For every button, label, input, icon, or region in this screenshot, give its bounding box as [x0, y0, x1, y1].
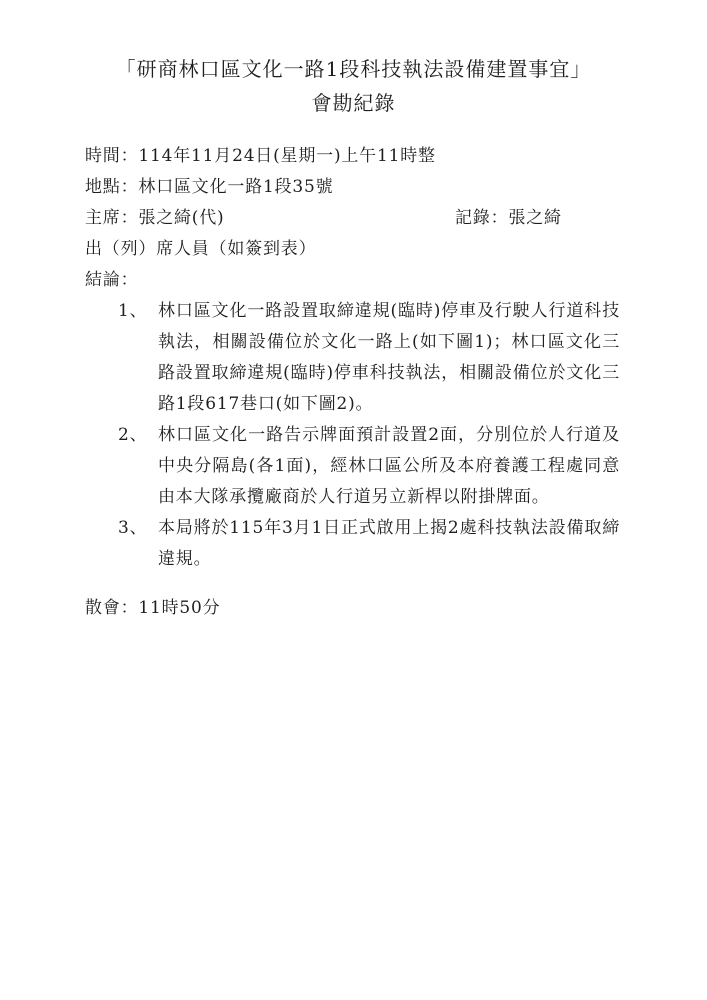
- conclusion-text-1: 林口區文化一路設置取締違規(臨時)停車及行駛人行道科技執法，相關設備位於文化一路…: [158, 296, 620, 420]
- conclusion-number-1: 1、: [118, 296, 158, 420]
- document-page: 「研商林口區文化一路1段科技執法設備建置事宜」 會勘紀錄 時間：114年11月2…: [0, 0, 707, 1000]
- meeting-chair: 主席：張之綺(代): [85, 208, 224, 228]
- conclusion-item-3: 3、 本局將於115年3月1日正式啟用上揭2處科技執法設備取締違規。: [85, 513, 620, 575]
- conclusion-number-2: 2、: [118, 420, 158, 513]
- document-title-line1: 「研商林口區文化一路1段科技執法設備建置事宜」: [0, 52, 707, 86]
- adjourn-time: 散會：11時50分: [85, 593, 620, 624]
- document-title: 「研商林口區文化一路1段科技執法設備建置事宜」 會勘紀錄: [0, 0, 707, 120]
- conclusion-item-2: 2、 林口區文化一路告示牌面預計設置2面，分別位於人行道及中央分隔島(各1面)，…: [85, 420, 620, 513]
- conclusion-text-2: 林口區文化一路告示牌面預計設置2面，分別位於人行道及中央分隔島(各1面)，經林口…: [158, 420, 620, 513]
- conclusion-item-1: 1、 林口區文化一路設置取締違規(臨時)停車及行駛人行道科技執法，相關設備位於文…: [85, 296, 620, 420]
- meeting-location: 地點：林口區文化一路1段35號: [85, 172, 620, 203]
- conclusion-number-3: 3、: [118, 513, 158, 575]
- meeting-time: 時間：114年11月24日(星期一)上午11時整: [85, 141, 620, 172]
- conclusion-text-3: 本局將於115年3月1日正式啟用上揭2處科技執法設備取締違規。: [158, 513, 620, 575]
- document-body: 時間：114年11月24日(星期一)上午11時整 地點：林口區文化一路1段35號…: [85, 141, 620, 624]
- meeting-recorder: 記錄：張之綺: [455, 203, 562, 234]
- meeting-attendees: 出（列）席人員（如簽到表）: [85, 234, 620, 265]
- chair-recorder-line: 主席：張之綺(代) 記錄：張之綺: [85, 203, 620, 234]
- document-title-line2: 會勘紀錄: [0, 86, 707, 120]
- conclusion-label: 結論：: [85, 265, 620, 296]
